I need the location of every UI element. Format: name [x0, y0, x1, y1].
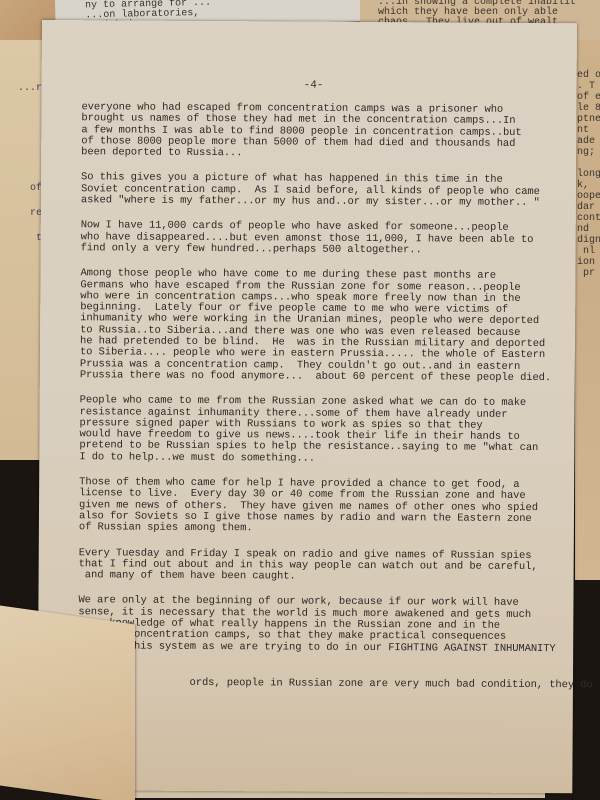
- paragraph: everyone who had escaped from concentrat…: [81, 102, 581, 162]
- paragraph: People who came to me from the Russian z…: [79, 395, 579, 466]
- paragraph: Now I have 11,000 cards of people who ha…: [81, 221, 581, 258]
- paragraph: Every Tuesday and Friday I speak on radi…: [79, 548, 579, 585]
- paragraph: So this gives you a picture of what has …: [81, 173, 581, 210]
- paragraph: We are only at the beginning of our work…: [78, 596, 578, 667]
- paragraph: ords, people in Russian zone are very mu…: [78, 677, 578, 691]
- folded-page-corner: [0, 606, 135, 800]
- page-number: -4-: [304, 80, 324, 92]
- paragraph: Those of them who came for help I have p…: [79, 477, 579, 537]
- text-line: asked "where is my father...or my hus an…: [81, 195, 581, 209]
- text-line: Prussia there was no food anymore... abo…: [80, 370, 580, 384]
- document-body: everyone who had escaped from concentrat…: [78, 102, 582, 706]
- text-line: ords, people in Russian zone are very mu…: [78, 677, 578, 691]
- paragraph: Among those people who have come to me d…: [80, 269, 581, 385]
